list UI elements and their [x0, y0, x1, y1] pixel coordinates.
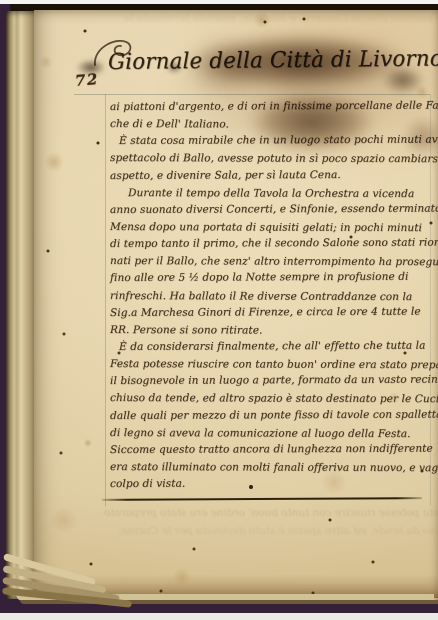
manuscript-line: di tempo tanto il primo, che il secondo …: [110, 235, 432, 254]
ink-specks: [34, 10, 36, 12]
bleed-through-text: anno suonato diversi Concerti, e Sinfoni…: [124, 12, 438, 24]
journal-title: Giornale della Città di Livorno: [108, 47, 424, 75]
manuscript-line: È da considerarsi finalmente, che all' e…: [110, 338, 432, 357]
manuscript-line: colpo di vista.: [110, 475, 432, 494]
book-spine-edges: [6, 11, 34, 599]
page-number: 72: [74, 70, 99, 90]
manuscript-line: fino alle ore 5 ½ dopo la Notte sempre i…: [110, 269, 432, 288]
manuscript-line: anno suonato diversi Concerti, e Sinfoni…: [110, 200, 432, 219]
bleed-through-text: Festa potesse riuscire con tanto buon' o…: [104, 507, 438, 519]
manuscript-line: Siccome questo tratto ancora di lunghezz…: [110, 440, 432, 459]
manuscript-line: È stata cosa mirabile che in un luogo st…: [110, 132, 432, 151]
manuscript-line: il bisognevole in un luogo a parte, form…: [110, 372, 432, 391]
bleed-through-text: chiuso da tende, ed altro spazio è stato…: [118, 525, 438, 537]
manuscript-line: dalle quali per mezzo di un ponte fisso …: [110, 406, 432, 425]
end-rule: [102, 497, 422, 501]
book-page: anno suonato diversi Concerti, e Sinfoni…: [34, 10, 438, 598]
manuscript-line: aspetto, e divenire Sala, per sì lauta C…: [110, 166, 432, 185]
scan-border-bottom: [0, 613, 438, 620]
manuscript-text: ai piattoni d'argento, e di ori in finis…: [110, 99, 432, 493]
margin-ruling-horizontal: [74, 94, 430, 95]
manuscript-line: ai piattoni d'argento, e di ori in finis…: [110, 98, 432, 117]
margin-ruling-vertical: [105, 94, 106, 506]
manuscript-line: Sig.a Marchesa Ginori di Firenze, e circ…: [110, 303, 432, 322]
manuscript-scan: anno suonato diversi Concerti, e Sinfoni…: [0, 0, 438, 620]
